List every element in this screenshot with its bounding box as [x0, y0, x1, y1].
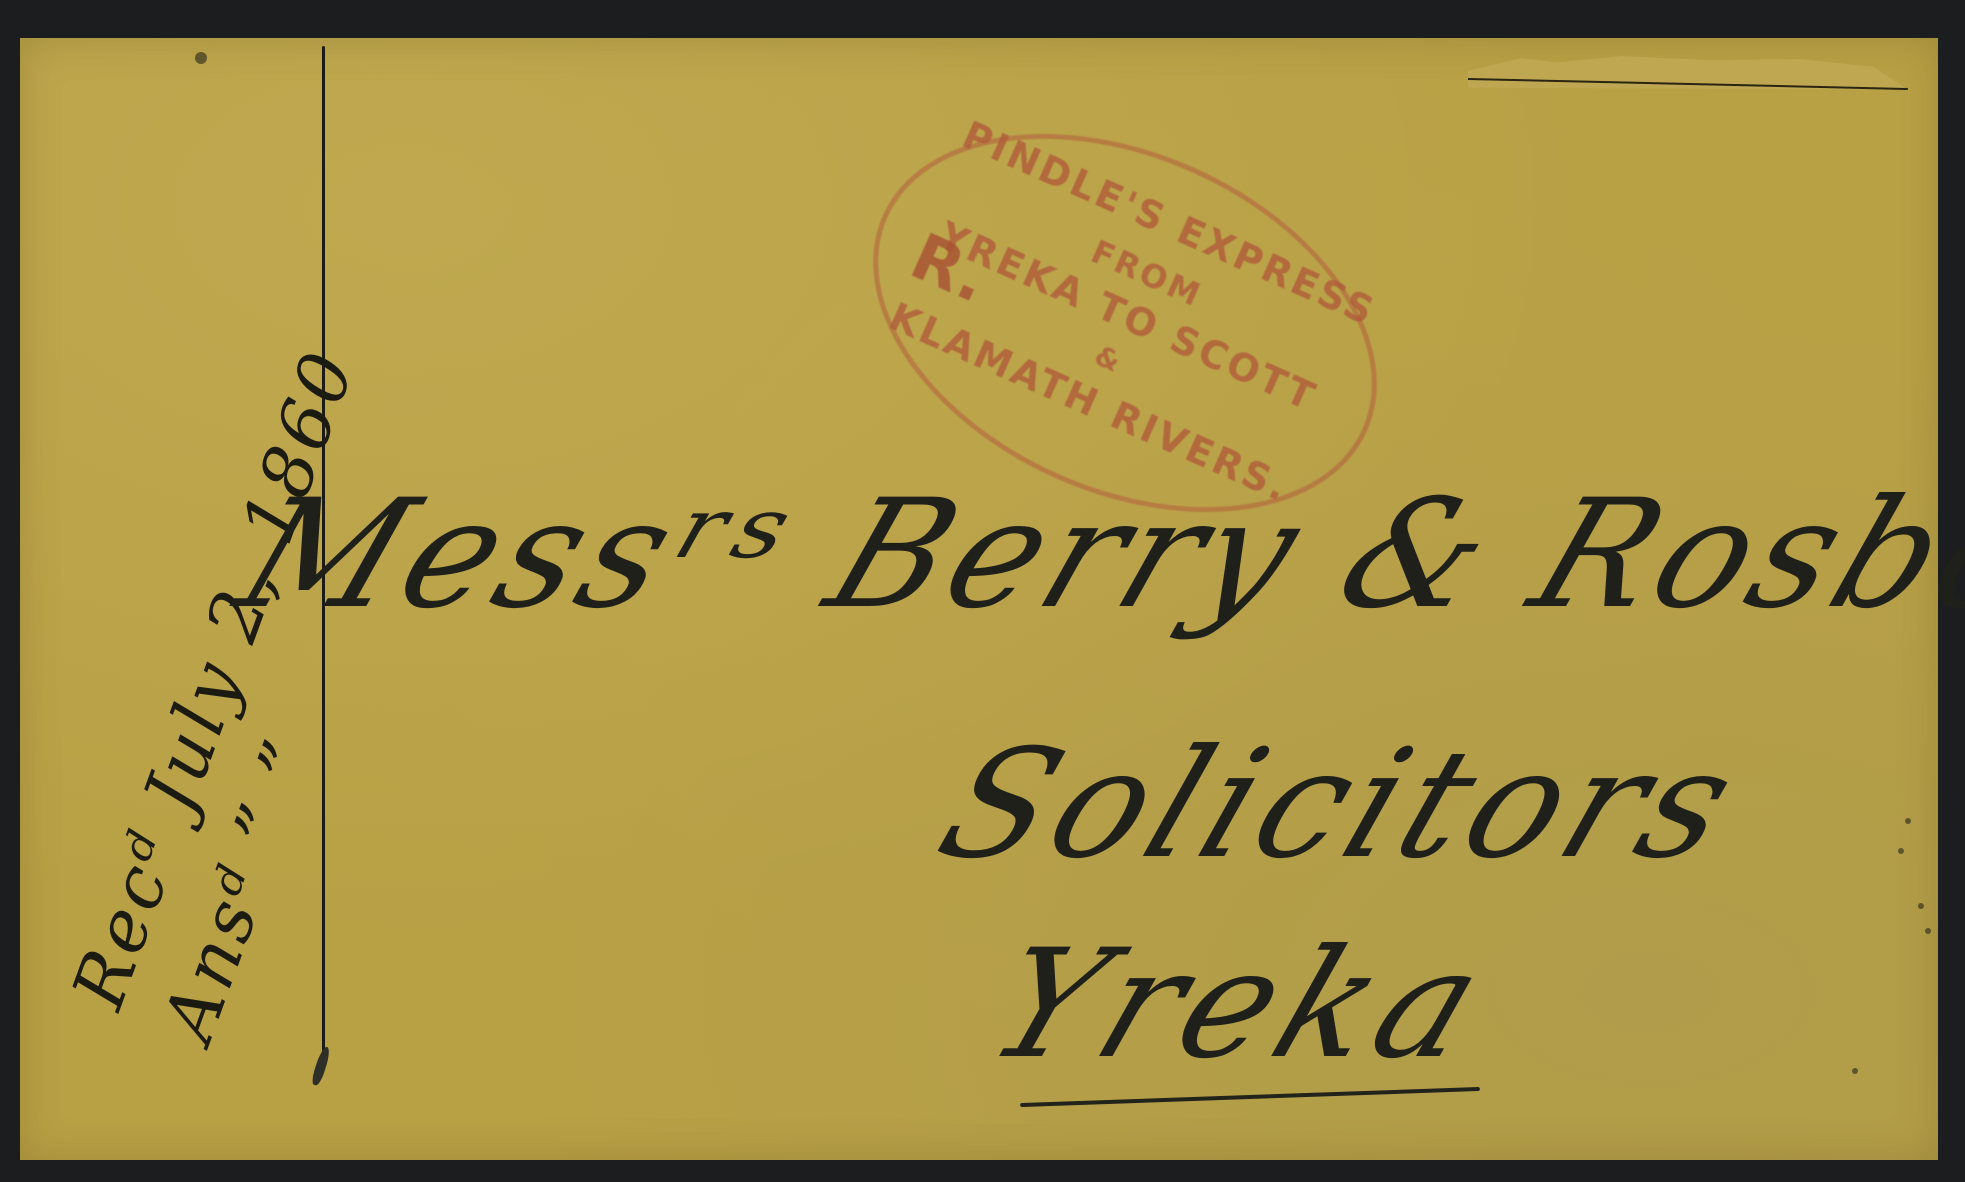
paper-speck	[1918, 903, 1924, 909]
docket-notation: Recᵈ July 2, 1860 Ansᵈ ” ”	[50, 336, 468, 1053]
paper-speck	[1852, 1068, 1858, 1074]
ink-spot	[195, 52, 207, 64]
address-town: Yreka	[968, 918, 1511, 1092]
torn-flap	[1468, 54, 1908, 96]
address-addressee: Messʳˢ Berry & Rosborough	[218, 468, 1965, 642]
address-occupation: Solicitors	[918, 718, 1762, 892]
paper-speck	[1925, 928, 1931, 934]
paper-speck	[1905, 818, 1911, 824]
paper-speck	[1898, 848, 1904, 854]
envelope: Recᵈ July 2, 1860 Ansᵈ ” ” PINDLE'S EXPR…	[20, 38, 1938, 1160]
